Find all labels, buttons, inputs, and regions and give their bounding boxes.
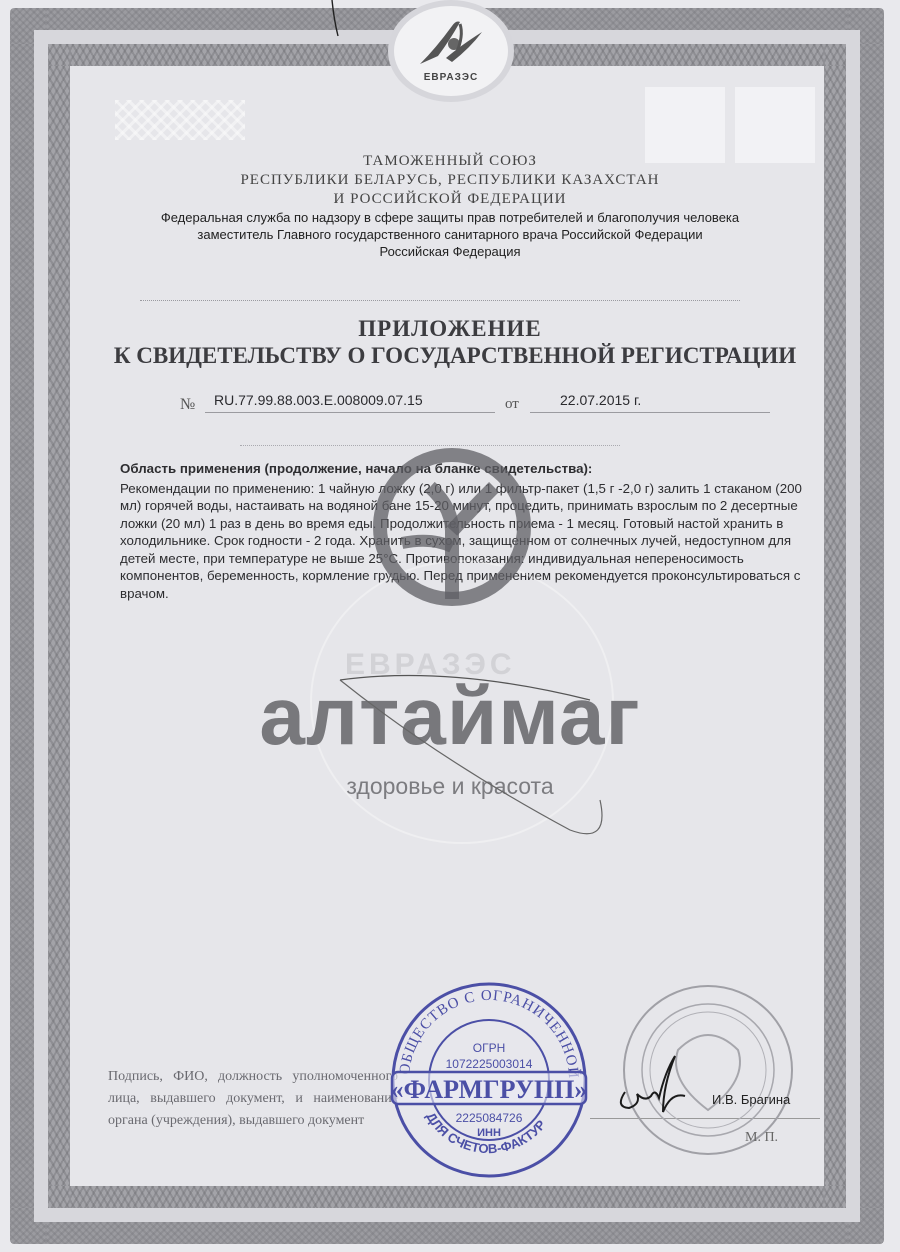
- pen-mark: [326, 0, 346, 40]
- svg-text:ОГРН: ОГРН: [473, 1041, 506, 1055]
- header-union: ТАМОЖЕННЫЙ СОЮЗ: [90, 152, 810, 171]
- fine-print-line: [140, 298, 740, 301]
- date-prefix: от: [505, 396, 519, 418]
- title-appendix: ПРИЛОЖЕНИЕ: [0, 316, 900, 342]
- seal-place-label: М. П.: [745, 1130, 778, 1146]
- document-header: ТАМОЖЕННЫЙ СОЮЗ РЕСПУБЛИКИ БЕЛАРУСЬ, РЕС…: [90, 152, 810, 260]
- fine-print-line-2: [240, 443, 620, 446]
- certificate-page: ЕВРАЗЭС ТАМОЖЕННЫЙ СОЮЗ РЕСПУБЛИКИ БЕЛАР…: [0, 0, 900, 1252]
- svg-text:2225084726: 2225084726: [456, 1111, 523, 1125]
- registration-date: 22.07.2015 г.: [560, 392, 641, 414]
- header-agency: Федеральная служба по надзору в сфере за…: [90, 209, 810, 226]
- header-country: Российская Федерация: [90, 243, 810, 260]
- header-republics: РЕСПУБЛИКИ БЕЛАРУСЬ, РЕСПУБЛИКИ КАЗАХСТА…: [90, 171, 810, 190]
- handwritten-signature: [615, 1052, 695, 1122]
- number-underline: [205, 412, 495, 413]
- watermark-brand: алтаймаг: [0, 670, 900, 764]
- header-deputy: заместитель Главного государственного са…: [90, 226, 810, 243]
- altaimag-logo-icon: [372, 447, 532, 607]
- svg-text:ИНН: ИНН: [477, 1127, 501, 1139]
- watermark-tagline: здоровье и красота: [0, 773, 900, 800]
- title-certificate: К СВИДЕТЕЛЬСТВУ О ГОСУДАРСТВЕННОЙ РЕГИСТ…: [95, 343, 815, 369]
- svg-text:1072225003014: 1072225003014: [446, 1057, 533, 1071]
- signature-field-label: Подпись, ФИО, должность уполномоченного …: [108, 1066, 398, 1132]
- signer-name: И.В. Брагина: [712, 1092, 790, 1107]
- date-underline: [530, 412, 770, 413]
- header-federation: И РОССИЙСКОЙ ФЕДЕРАЦИИ: [90, 190, 810, 209]
- security-pattern: [115, 100, 245, 140]
- company-stamp: ОБЩЕСТВО С ОГРАНИЧЕННОЙ ОТВЕТСТВЕННОСТЬЮ…: [384, 980, 594, 1180]
- number-sign: №: [180, 396, 195, 418]
- evrazes-emblem-icon: [416, 14, 486, 70]
- registration-number: RU.77.99.88.003.E.008009.07.15: [214, 392, 423, 414]
- evrazes-emblem: ЕВРАЗЭС: [394, 6, 508, 96]
- svg-text:«ФАРМГРУПП»: «ФАРМГРУПП»: [391, 1075, 588, 1104]
- emblem-label: ЕВРАЗЭС: [394, 72, 508, 83]
